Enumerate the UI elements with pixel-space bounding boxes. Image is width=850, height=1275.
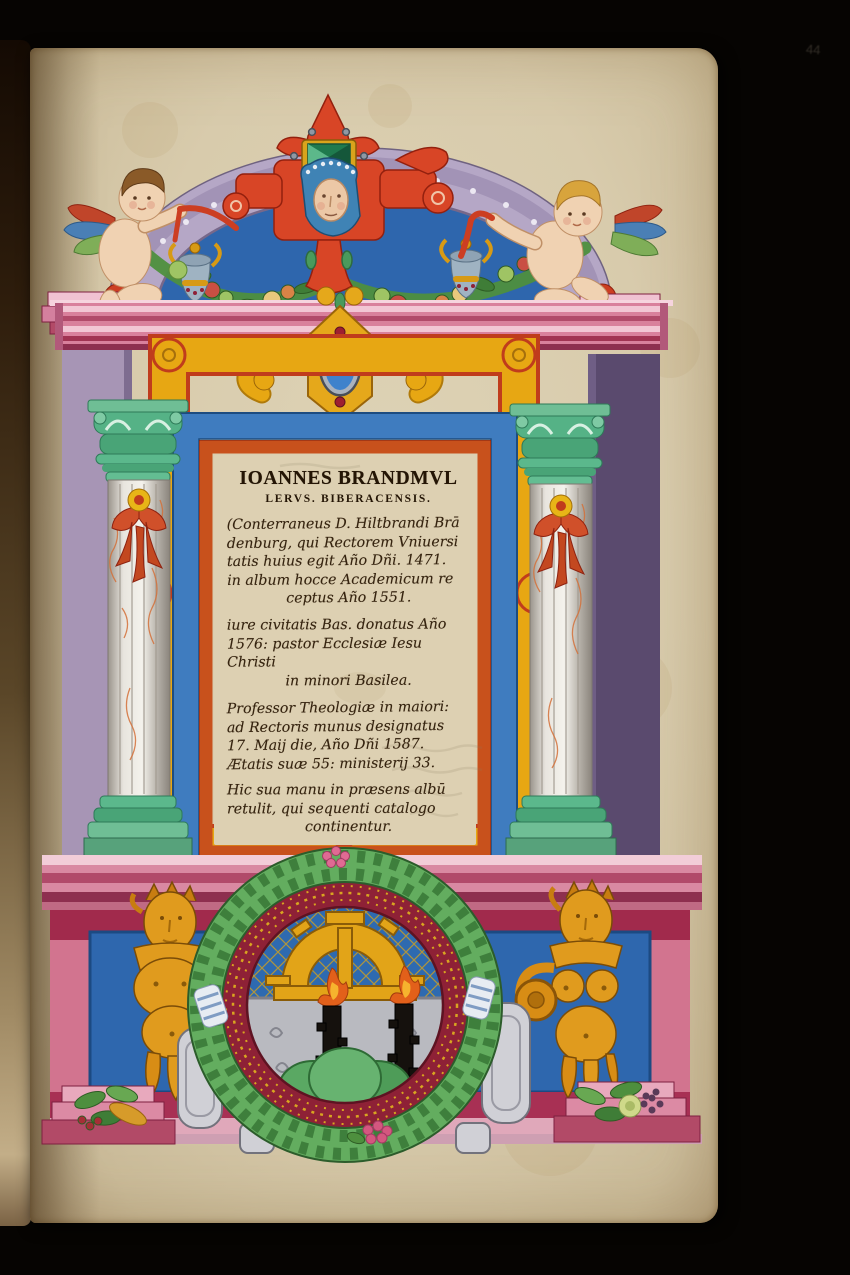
putto-wings	[611, 205, 666, 255]
corinthian-capital	[88, 400, 188, 482]
parchment-page: IOANNES BRANDMVL LERVS. BIBERACENSIS. (C…	[30, 48, 718, 1223]
column-base	[506, 796, 616, 856]
manuscript-paragraphs: (Conterraneus D. Hiltbrandi Brādenburg, …	[227, 515, 470, 837]
manuscript-line: 17. Maij die, Año Dñi 1587.	[227, 734, 470, 755]
manuscript-text-block: IOANNES BRANDMVL LERVS. BIBERACENSIS. (C…	[215, 456, 478, 848]
manuscript-line: continentur.	[227, 818, 470, 837]
manuscript-line: in minori Basilea.	[227, 671, 470, 691]
manuscript-line: tatis huius egit Año Dñi. 1471.	[227, 551, 470, 572]
manuscript-line: Ætatis suæ 55: ministerij 33.	[227, 753, 470, 774]
manuscript-line: (Conterraneus D. Hiltbrandi Brā	[227, 514, 470, 535]
manuscript-line: ad Rectoris munus designatus	[227, 716, 470, 737]
manuscript-line: retulit, qui sequenti catalogo	[227, 799, 470, 818]
manuscript-paragraph: iure civitatis Bas. donatus Año1576: pas…	[227, 616, 470, 692]
manuscript-paragraph: Professor Theologiæ in maiori:ad Rectori…	[227, 697, 471, 774]
corinthian-capital	[510, 404, 610, 486]
book-gutter-page-edge	[0, 40, 31, 1226]
manuscript-line: Hic sua manu in præsens albū	[227, 781, 470, 800]
manuscript-line: 1576: pastor Ecclesiæ Iesu Christi	[227, 634, 470, 672]
column-base	[84, 796, 192, 856]
manuscript-title-line2: LERVS. BIBERACENSIS.	[227, 493, 470, 507]
manuscript-paragraph: (Conterraneus D. Hiltbrandi Brādenburg, …	[227, 514, 471, 609]
manuscript-title-line1: IOANNES BRANDMVL	[227, 468, 470, 490]
manuscript-line: iure civitatis Bas. donatus Año	[227, 616, 470, 636]
manuscript-photo: IOANNES BRANDMVL LERVS. BIBERACENSIS. (C…	[0, 0, 850, 1275]
armorial-medallion	[188, 847, 502, 1163]
folio-number: 44	[805, 42, 820, 58]
manuscript-paragraph: Hic sua manu in præsens albūretulit, qui…	[227, 781, 470, 838]
manuscript-line: in album hocce Academicum re	[227, 570, 470, 591]
manuscript-line: denburg, qui Rectorem Vniuersi	[227, 533, 470, 554]
manuscript-line: Professor Theologiæ in maiori:	[227, 697, 470, 718]
manuscript-line: ceptus Año 1551.	[227, 589, 470, 610]
